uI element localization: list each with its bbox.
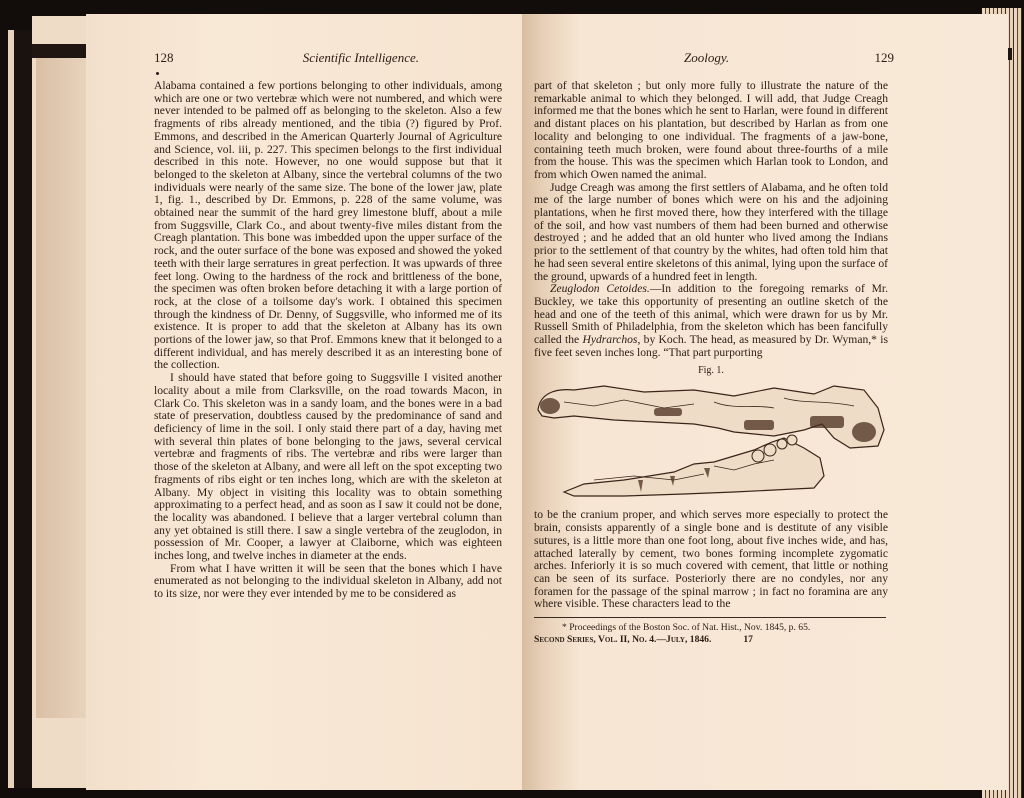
left-paragraph-2: I should have stated that before going t… <box>154 372 502 563</box>
left-page-tab-marker <box>32 44 94 58</box>
left-page-number: 128 <box>154 50 174 66</box>
right-running-title: Zoology. <box>684 50 729 66</box>
signature-line: Second Series, Vol. II, No. 4.—July, 184… <box>534 634 1008 646</box>
hydrarchos-term: Hydrarchos <box>582 333 637 346</box>
right-page: Zoology. 129 part of that skeleton ; but… <box>522 14 1008 790</box>
right-page-body-continued: to be the cranium proper, and which serv… <box>534 509 888 611</box>
right-paragraph-after-figure: to be the cranium proper, and which serv… <box>534 509 888 611</box>
left-page: 128 Scientific Intelligence. Alabama con… <box>86 14 522 790</box>
right-paragraph-1: part of that skeleton ; but only more fu… <box>534 80 888 182</box>
right-running-head: Zoology. 129 <box>534 50 894 68</box>
page-stack-left-shadow <box>14 30 32 788</box>
book-spread: 128 Scientific Intelligence. Alabama con… <box>86 14 1008 790</box>
figure-caption: Fig. 1. <box>534 365 888 376</box>
footnote: * Proceedings of the Boston Soc. of Nat.… <box>534 622 1008 634</box>
left-running-title: Scientific Intelligence. <box>303 50 419 66</box>
footnote-rule <box>534 617 886 618</box>
left-page-body: Alabama contained a few portions belongi… <box>154 80 502 601</box>
ink-speck <box>156 72 159 75</box>
right-paragraph-2: Judge Creagh was among the first settler… <box>534 182 888 284</box>
zeuglodon-paragraph: Zeuglodon Cetoides.—In addition to the f… <box>534 283 888 359</box>
left-running-head: 128 Scientific Intelligence. <box>154 50 499 68</box>
zeuglodon-skull-figure <box>534 380 888 498</box>
signature-mark: 17 <box>743 634 753 646</box>
right-page-body: part of that skeleton ; but only more fu… <box>534 80 888 359</box>
zeuglodon-heading: Zeuglodon Cetoides. <box>550 282 650 295</box>
series-imprint: Second Series, Vol. II, No. 4.—July, 184… <box>534 634 711 646</box>
left-paragraph-1: Alabama contained a few portions belongi… <box>154 80 502 372</box>
right-page-number: 129 <box>875 50 895 66</box>
left-paragraph-3: From what I have written it will be seen… <box>154 563 502 601</box>
